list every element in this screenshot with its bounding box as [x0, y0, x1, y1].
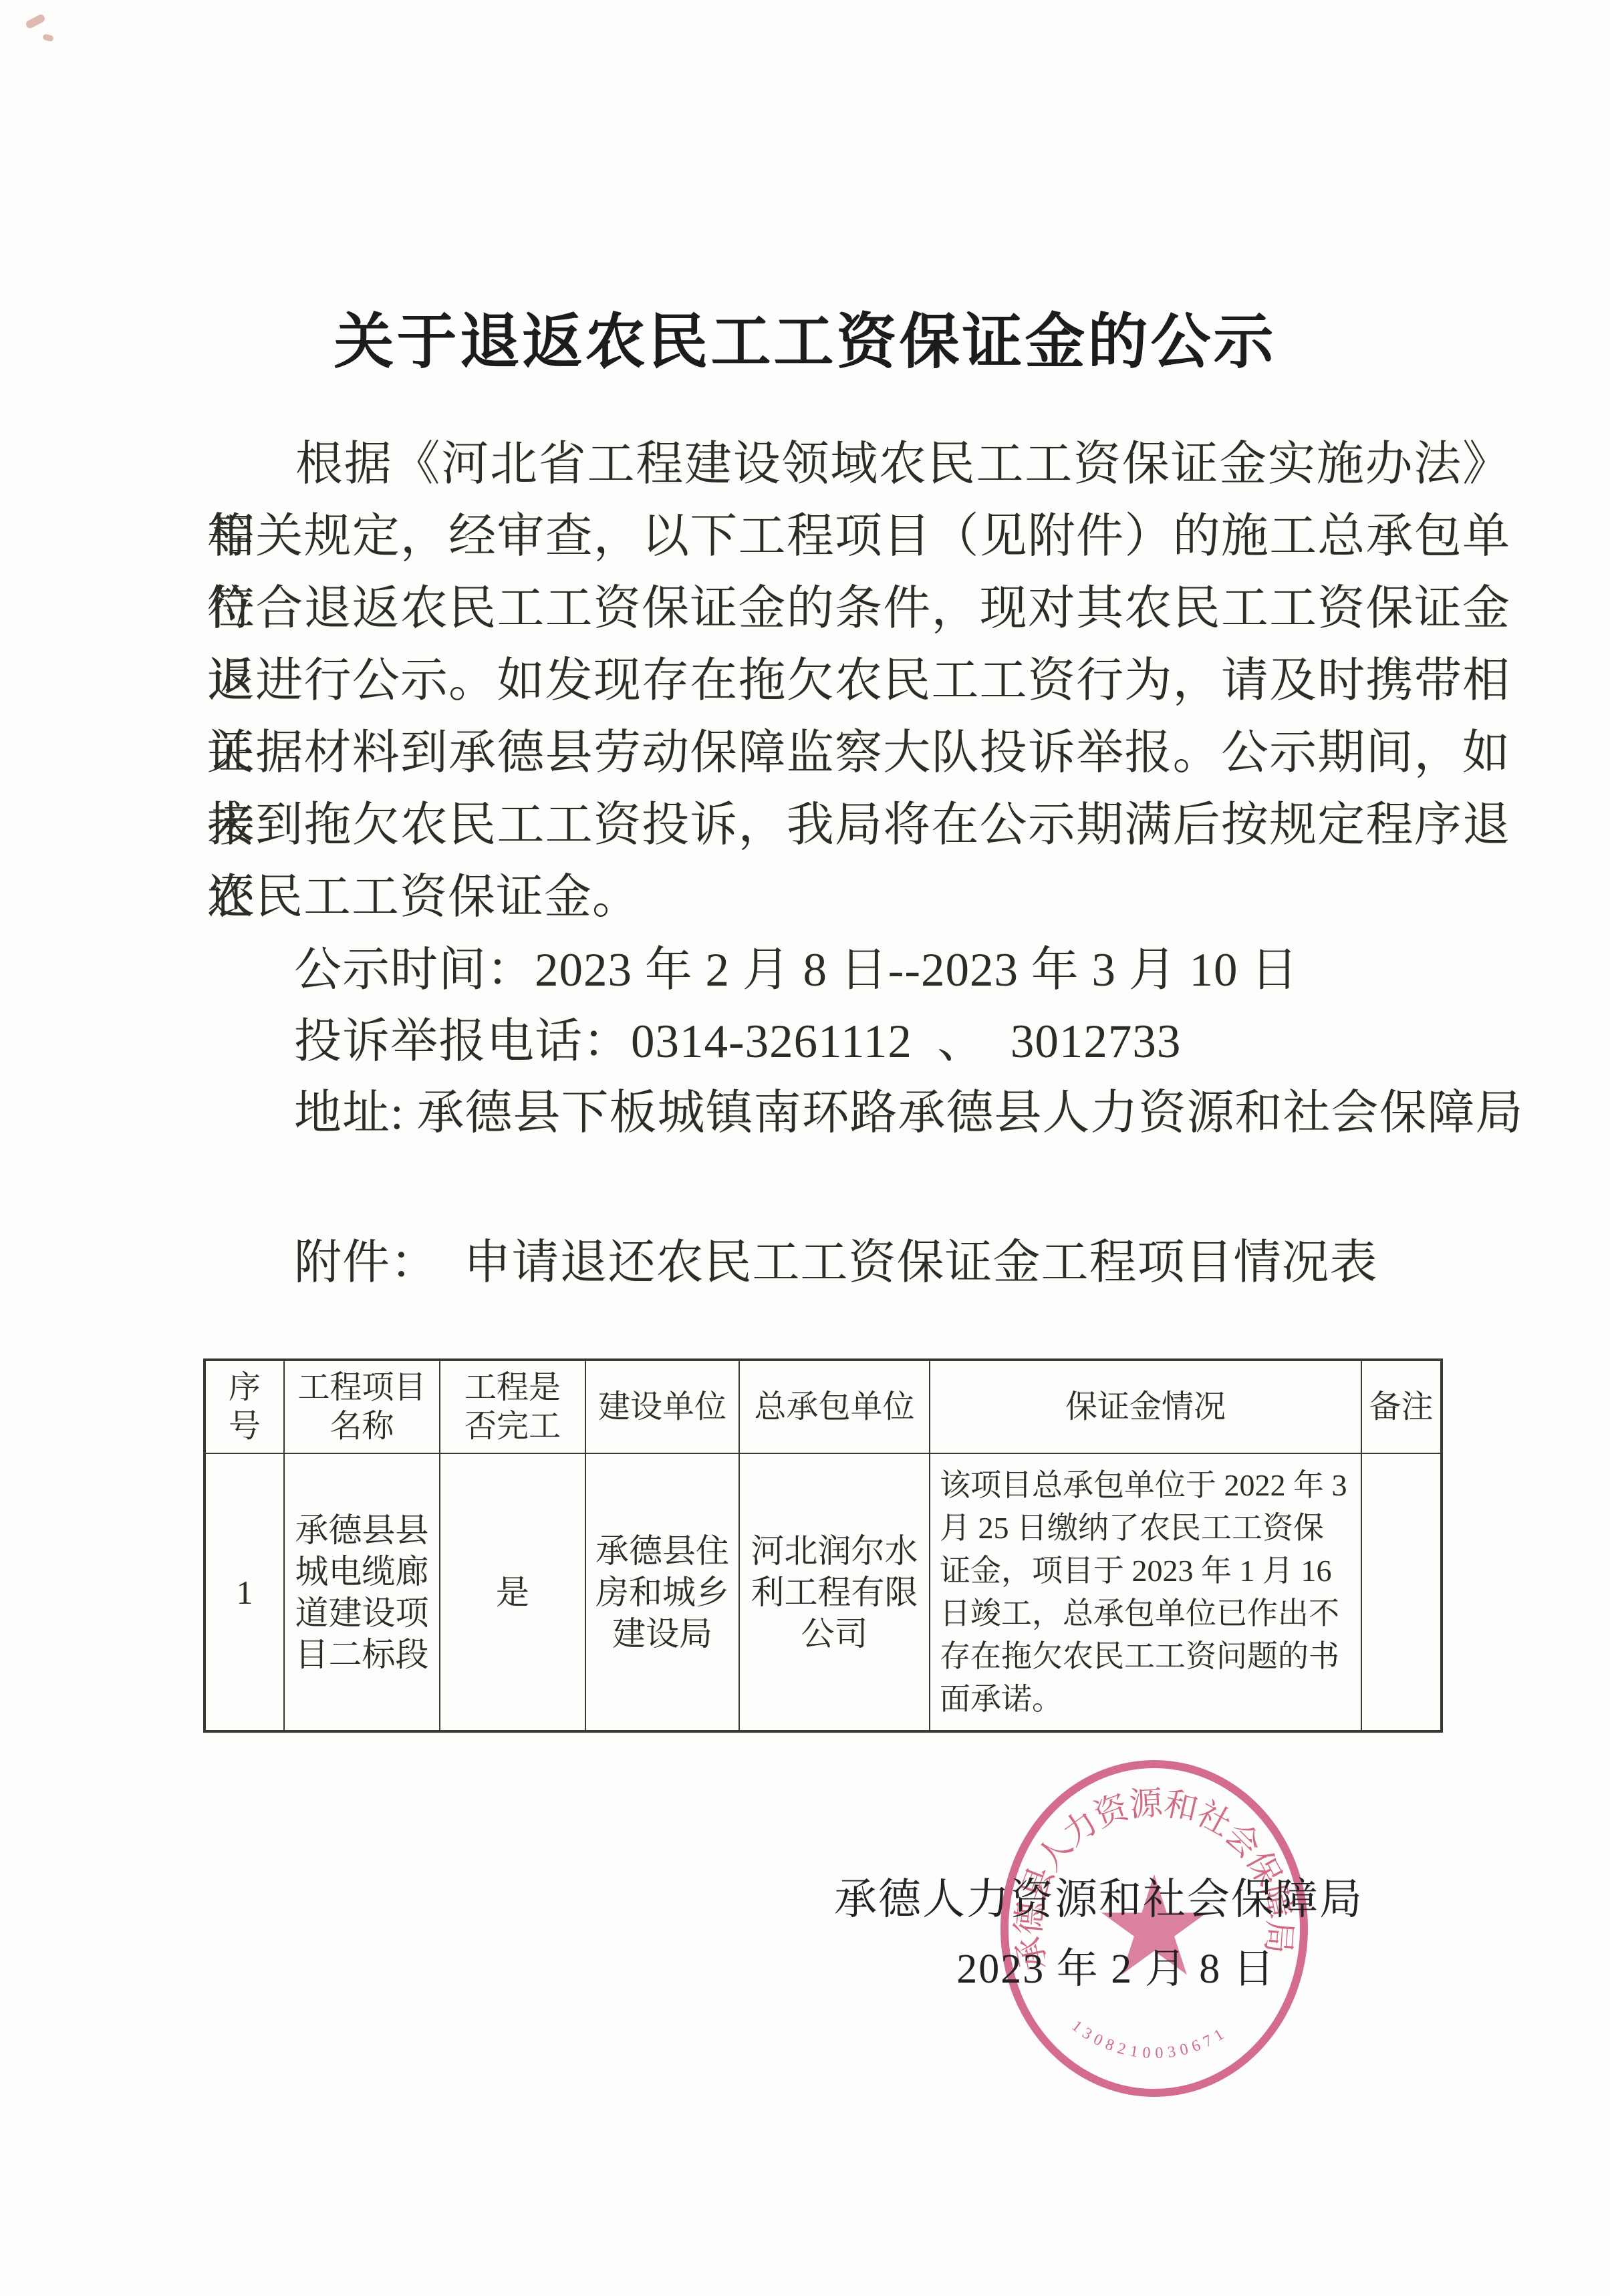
- col-header-remark: 备注: [1361, 1360, 1442, 1453]
- cell-project: 承德县县城电缆廊道建设项目二标段: [284, 1453, 440, 1731]
- notice-body: 根据《河北省工程建设领域农民工工资保证金实施办法》等 相关规定，经审查，以下工程…: [207, 428, 1510, 934]
- cell-remark: [1361, 1453, 1442, 1731]
- scan-artifact: [42, 33, 54, 42]
- cell-contractor: 河北润尔水利工程有限公司: [739, 1453, 930, 1731]
- signature-date: 2023 年 2 月 8 日: [882, 1938, 1350, 2001]
- document-page: 关于退返农民工工资保证金的公示 根据《河北省工程建设领域农民工工资保证金实施办法…: [0, 0, 1610, 2296]
- address-line: 地址: 承德县下板城镇南环路承德县人力资源和社会保障局: [294, 1078, 1523, 1149]
- table-header-row: 序 号 工程项目 名称 工程是 否完工 建设单位 总承包单位 保证金情况 备注: [205, 1360, 1442, 1453]
- col-header-deposit: 保证金情况: [930, 1360, 1361, 1453]
- table-row: 1 承德县县城电缆廊道建设项目二标段 是 承德县住房和城乡建设局 河北润尔水利工…: [205, 1453, 1442, 1731]
- cell-deposit: 该项目总承包单位于 2022 年 3 月 25 日缴纳了农民工工资保证金，项目于…: [930, 1453, 1361, 1731]
- col-header-seq: 序 号: [205, 1360, 284, 1453]
- cell-seq: 1: [205, 1453, 284, 1731]
- page-title: 关于退返农民工工资保证金的公示: [0, 293, 1610, 380]
- complaint-hotline-line: 投诉举报电话：0314-3261112 、 3012733: [294, 1006, 1523, 1078]
- seal-serial-number: 1308210030671: [1068, 2017, 1228, 2062]
- paragraph-line: 符合退返农民工工资保证金的条件，现对其农民工工资保证金退: [207, 573, 1510, 645]
- cell-builder: 承德县住房和城乡建设局: [585, 1453, 739, 1731]
- projects-table: 序 号 工程项目 名称 工程是 否完工 建设单位 总承包单位 保证金情况 备注 …: [203, 1358, 1443, 1733]
- contact-info-block: 公示时间：2023 年 2 月 8 日--2023 年 3 月 10 日 投诉举…: [294, 935, 1523, 1149]
- paragraph-line: 农民工工资保证金。: [207, 861, 1510, 934]
- attachment-note: 附件： 申请退还农民工工资保证金工程项目情况表: [294, 1228, 1378, 1299]
- svg-text:1308210030671: 1308210030671: [1068, 2017, 1228, 2062]
- paragraph-line: 根据《河北省工程建设领域农民工工资保证金实施办法》等: [207, 428, 1510, 500]
- col-header-builder: 建设单位: [585, 1360, 739, 1453]
- paragraph-line: 证据材料到承德县劳动保障监察大队投诉举报。公示期间，如未: [207, 717, 1510, 789]
- signature-agency: 承德人力资源和社会保障局: [831, 1868, 1366, 1931]
- scan-artifact: [25, 13, 46, 30]
- paragraph-line: 相关规定，经审查，以下工程项目（见附件）的施工总承包单位: [207, 500, 1510, 573]
- paragraph-line: 返进行公示。如发现存在拖欠农民工工资行为，请及时携带相关: [207, 645, 1510, 717]
- cell-completed: 是: [440, 1453, 585, 1731]
- col-header-contractor: 总承包单位: [739, 1360, 930, 1453]
- paragraph-line: 接到拖欠农民工工资投诉，我局将在公示期满后按规定程序退还: [207, 789, 1510, 861]
- col-header-project: 工程项目 名称: [284, 1360, 440, 1453]
- col-header-completed: 工程是 否完工: [440, 1360, 585, 1453]
- publicity-period-line: 公示时间：2023 年 2 月 8 日--2023 年 3 月 10 日: [294, 935, 1523, 1006]
